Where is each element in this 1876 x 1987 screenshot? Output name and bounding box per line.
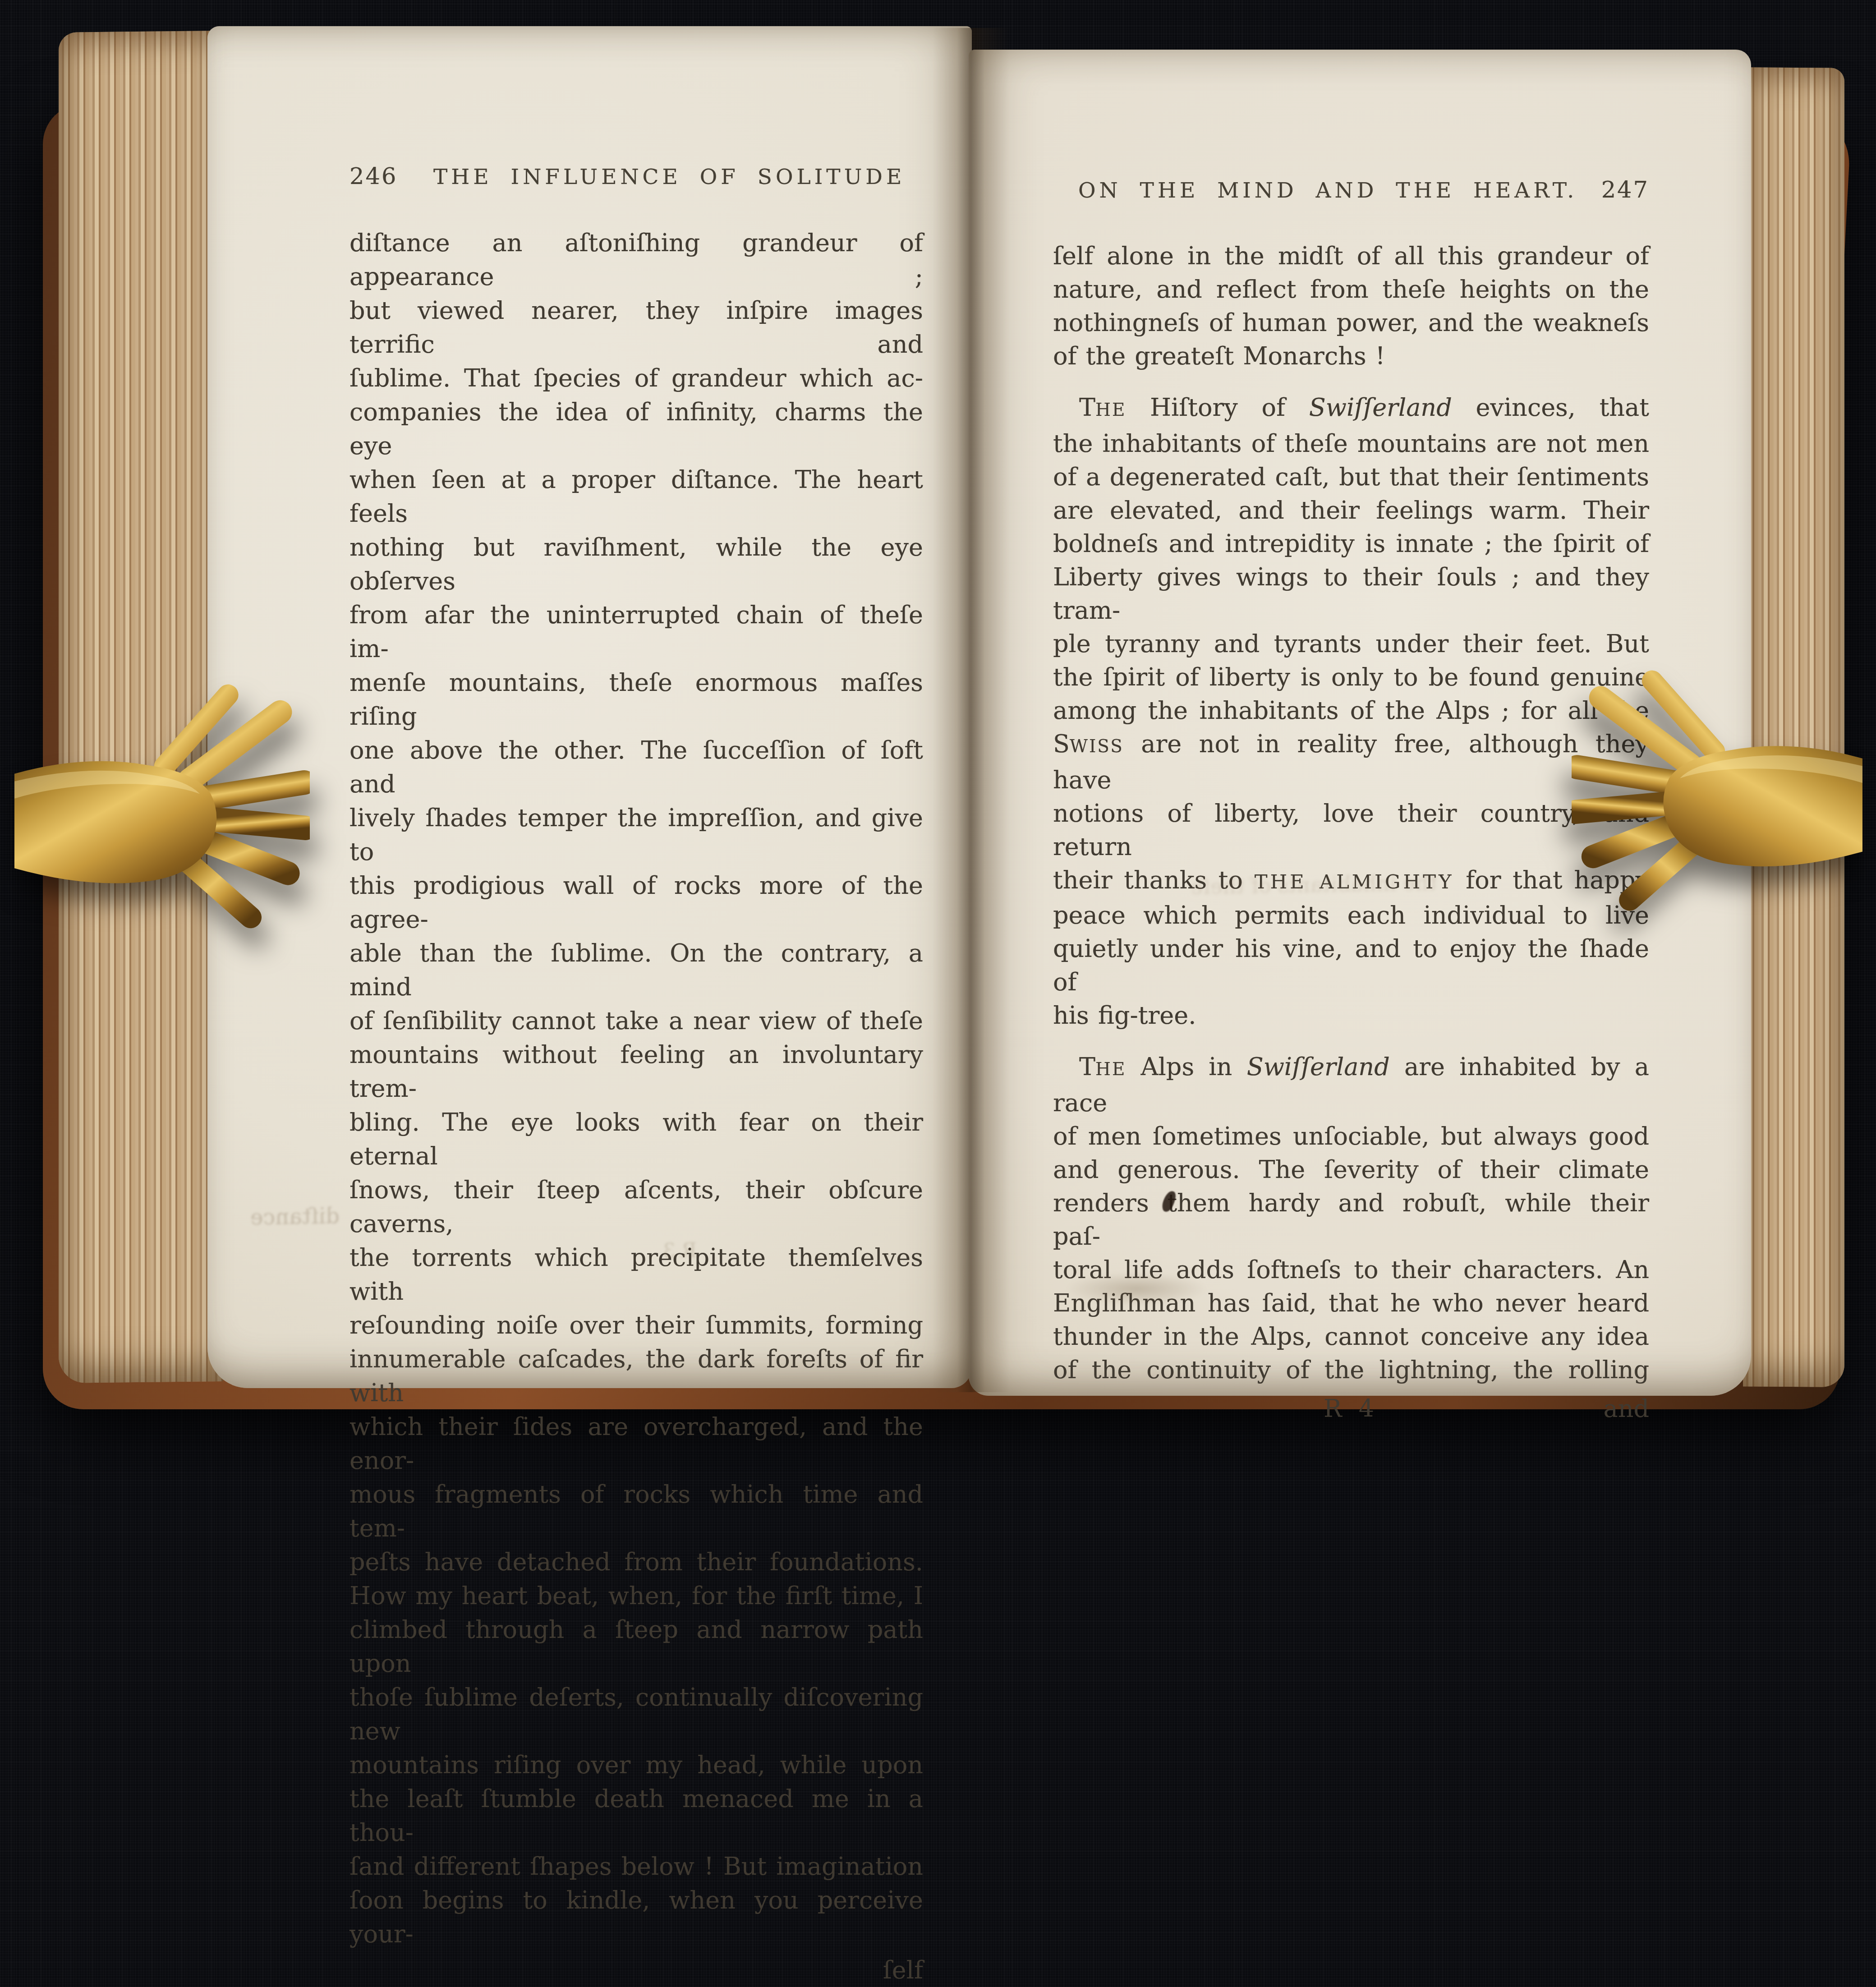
text-segment: are not in reality free, although they h… bbox=[1053, 730, 1649, 794]
left-running-title: THE INFLUENCE OF SOLITUDE bbox=[433, 165, 905, 189]
text-segment: Swiſſerland bbox=[1247, 1053, 1390, 1081]
book-gutter bbox=[933, 28, 1009, 1392]
text-line: but viewed nearer, they inſpire images t… bbox=[349, 294, 923, 361]
left-running-header: 246 THE INFLUENCE OF SOLITUDE bbox=[349, 163, 923, 190]
text-line: his fig-tree. bbox=[1053, 999, 1649, 1032]
text-segment: T bbox=[1079, 1053, 1095, 1081]
show-through-text: R 3 bbox=[663, 1239, 697, 1262]
text-line: quietly under his vine, and to enjoy the… bbox=[1053, 932, 1649, 999]
show-through-text: diſtance bbox=[250, 1203, 340, 1230]
text-line: ple tyranny and tyrants under their feet… bbox=[1053, 627, 1649, 661]
text-line: SWISS are not in reality free, although … bbox=[1053, 727, 1649, 797]
text-line: peace which permits each individual to l… bbox=[1053, 899, 1649, 932]
text-segment: Swiſſerland bbox=[1309, 393, 1452, 422]
text-segment: Hiſtory of bbox=[1126, 393, 1309, 422]
text-line: one above the other. The ſucceſſion of ſ… bbox=[349, 733, 923, 801]
text-segment: Alps in bbox=[1126, 1053, 1246, 1081]
text-line: are elevated, and their feelings warm. T… bbox=[1053, 494, 1649, 527]
text-segment: HE bbox=[1095, 400, 1126, 420]
text-line: mountains without feeling an involuntary… bbox=[349, 1038, 923, 1105]
text-line: boldneſs and intrepidity is innate ; the… bbox=[1053, 527, 1649, 561]
text-line: nothingneſs of human power, and the weak… bbox=[1053, 306, 1649, 340]
text-segment: T bbox=[1079, 393, 1095, 422]
brass-hand-page-holder-left-icon bbox=[14, 644, 310, 975]
right-page-number: 247 bbox=[1601, 177, 1649, 203]
brass-hand-page-holder-right-icon bbox=[1572, 630, 1862, 957]
text-line: of a degenerated caſt, but that their ſe… bbox=[1053, 460, 1649, 494]
text-line: ſublime. That ſpecies of grandeur which … bbox=[349, 361, 923, 395]
text-line: Liberty gives wings to their ſouls ; and… bbox=[1053, 561, 1649, 627]
text-line: the torrents which precipitate themſelve… bbox=[349, 1241, 923, 1308]
text-line: of men ſometimes unſociable, but always … bbox=[1053, 1120, 1649, 1153]
text-line: when ſeen at a proper diſtance. The hear… bbox=[349, 463, 923, 530]
left-page-text-block: 246 THE INFLUENCE OF SOLITUDE diſtance a… bbox=[349, 163, 923, 1447]
show-through-text: the inhabitants of theſe bbox=[1191, 870, 1438, 899]
text-line: nature, and reflect from theſe heights o… bbox=[1053, 273, 1649, 306]
text-line: nothing but raviſhment, while the eye ob… bbox=[349, 530, 923, 598]
text-line: bling. The eye looks with fear on their … bbox=[349, 1105, 923, 1173]
text-segment: S bbox=[1053, 730, 1070, 758]
gathering-signature: R 4 bbox=[1324, 1392, 1379, 1426]
text-segment: HE bbox=[1095, 1059, 1126, 1080]
catchword: and bbox=[1603, 1392, 1649, 1426]
right-body-text: ſelf alone in the midſt of all this gran… bbox=[1053, 239, 1649, 1387]
right-running-header: ON THE MIND AND THE HEART. 247 bbox=[1053, 177, 1649, 203]
text-line: THE Hiſtory of Swiſſerland evinces, that bbox=[1053, 391, 1649, 427]
open-book-photograph: 246 THE INFLUENCE OF SOLITUDE diſtance a… bbox=[18, 5, 1858, 1434]
text-line: among the inhabitants of the Alps ; for … bbox=[1053, 694, 1649, 727]
text-line: of the greateſt Monarchs ! bbox=[1053, 340, 1649, 373]
right-running-title: ON THE MIND AND THE HEART. bbox=[1078, 178, 1577, 203]
text-line: able than the ſublime. On the contrary, … bbox=[349, 936, 923, 1004]
text-line: diſtance an aſtoniſhing grandeur of appe… bbox=[349, 226, 923, 294]
text-line: which their ſides are overcharged, and t… bbox=[349, 1410, 923, 1447]
text-segment: evinces, that bbox=[1452, 393, 1649, 422]
right-footer-row: R 4 and bbox=[1053, 1392, 1649, 1426]
text-line: reſounding noiſe over their ſummits, for… bbox=[349, 1308, 923, 1342]
show-through-smudge bbox=[1067, 1273, 1206, 1305]
left-page-number: 246 bbox=[349, 163, 397, 190]
text-line: and generous. The ſeverity of their clim… bbox=[1053, 1153, 1649, 1187]
text-line: of the continuity of the lightning, the … bbox=[1053, 1353, 1649, 1387]
text-line: notions of liberty, love their country, … bbox=[1053, 797, 1649, 864]
text-line: the inhabitants of theſe mountains are n… bbox=[1053, 427, 1649, 460]
text-line: ſnows, their ſteep aſcents, their obſcur… bbox=[349, 1173, 923, 1241]
text-line: renders them hardy and robuſt, while the… bbox=[1053, 1187, 1649, 1253]
text-line: menſe mountains, theſe enormous maſſes r… bbox=[349, 666, 923, 733]
text-line: from afar the uninterrupted chain of the… bbox=[349, 598, 923, 666]
text-line: companies the idea of infinity, charms t… bbox=[349, 395, 923, 463]
text-line: this prodigious wall of rocks more of th… bbox=[349, 869, 923, 936]
text-line: THE Alps in Swiſſerland are inhabited by… bbox=[1053, 1050, 1649, 1120]
right-page-text-block: ON THE MIND AND THE HEART. 247 ſelf alon… bbox=[1053, 177, 1649, 1426]
text-segment: WISS bbox=[1070, 736, 1124, 757]
left-body-text: diſtance an aſtoniſhing grandeur of appe… bbox=[349, 226, 923, 1447]
text-line: innumerable caſcades, the dark foreſts o… bbox=[349, 1342, 923, 1410]
text-line: the ſpirit of liberty is only to be foun… bbox=[1053, 661, 1649, 694]
text-line: lively ſhades temper the impreſſion, and… bbox=[349, 801, 923, 869]
text-line: ſelf alone in the midſt of all this gran… bbox=[1053, 239, 1649, 273]
text-line: of ſenſibility cannot take a near view o… bbox=[349, 1004, 923, 1038]
text-line: thunder in the Alps, cannot conceive any… bbox=[1053, 1320, 1649, 1353]
